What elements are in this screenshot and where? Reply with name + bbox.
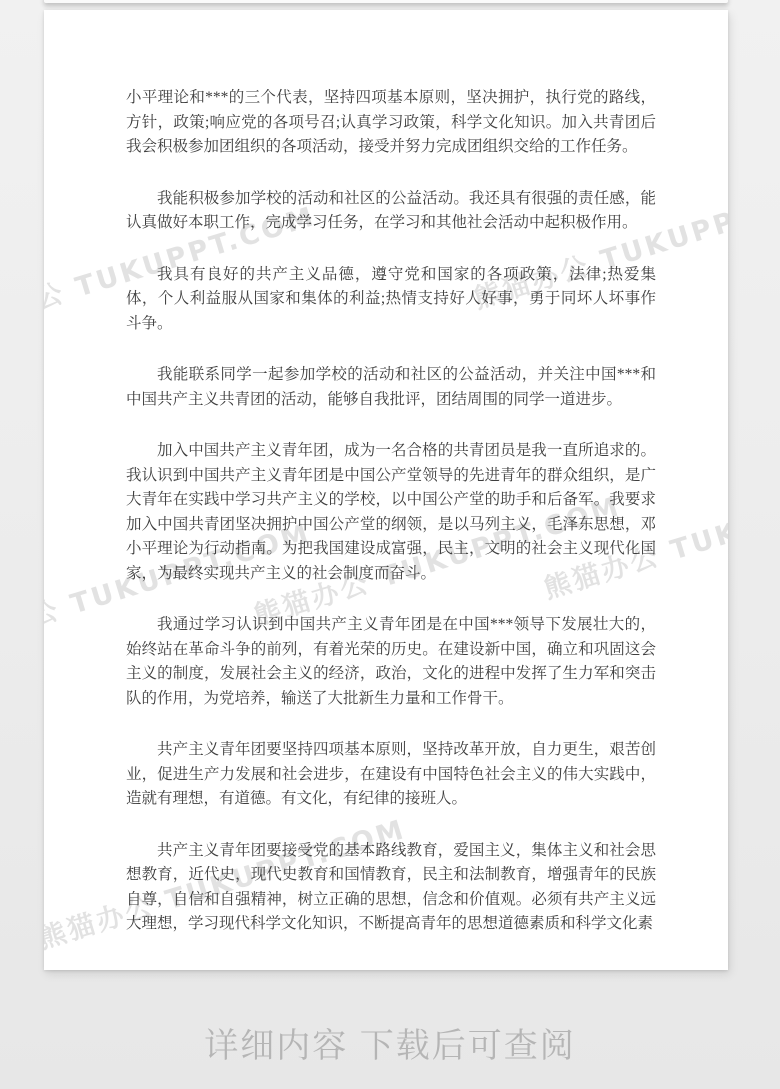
paragraph: 我能积极参加学校的活动和社区的公益活动。我还具有很强的责任感，能认真做好本职工作… xyxy=(126,187,656,236)
download-notice: 详细内容 下载后可查阅 xyxy=(0,1018,780,1067)
document-page: 熊猫办公 TUKUPPT.COM 熊猫办公 TUKUPPT.COM 熊猫办公 T… xyxy=(44,10,728,970)
paragraph: 我通过学习认识到中国共产主义青年团是在中国***领导下发展壮大的，始终站在革命斗… xyxy=(126,613,656,711)
preview-footer: 详细内容 下载后可查阅 xyxy=(0,970,780,1089)
paragraph: 加入中国共产主义青年团，成为一名合格的共青团员是我一直所追求的。我认识到中国共产… xyxy=(126,439,656,586)
paragraph: 共产主义青年团要坚持四项基本原则，坚持改革开放，自力更生，艰苦创业，促进生产力发… xyxy=(126,738,656,812)
paragraph: 我能联系同学一起参加学校的活动和社区的公益活动，并关注中国***和中国共产主义共… xyxy=(126,363,656,412)
previous-page-edge xyxy=(44,0,728,3)
document-body: 小平理论和***的三个代表，坚持四项基本原则，坚决拥护，执行党的路线，方针，政策… xyxy=(126,86,656,964)
paragraph: 小平理论和***的三个代表，坚持四项基本原则，坚决拥护，执行党的路线，方针，政策… xyxy=(126,86,656,160)
preview-stage: 熊猫办公 TUKUPPT.COM 熊猫办公 TUKUPPT.COM 熊猫办公 T… xyxy=(0,0,780,1089)
paragraph: 我具有良好的共产主义品德，遵守党和国家的各项政策，法律;热爱集体，个人利益服从国… xyxy=(126,263,656,337)
paragraph: 共产主义青年团要接受党的基本路线教育，爱国主义，集体主义和社会思想教育，近代史，… xyxy=(126,839,656,937)
